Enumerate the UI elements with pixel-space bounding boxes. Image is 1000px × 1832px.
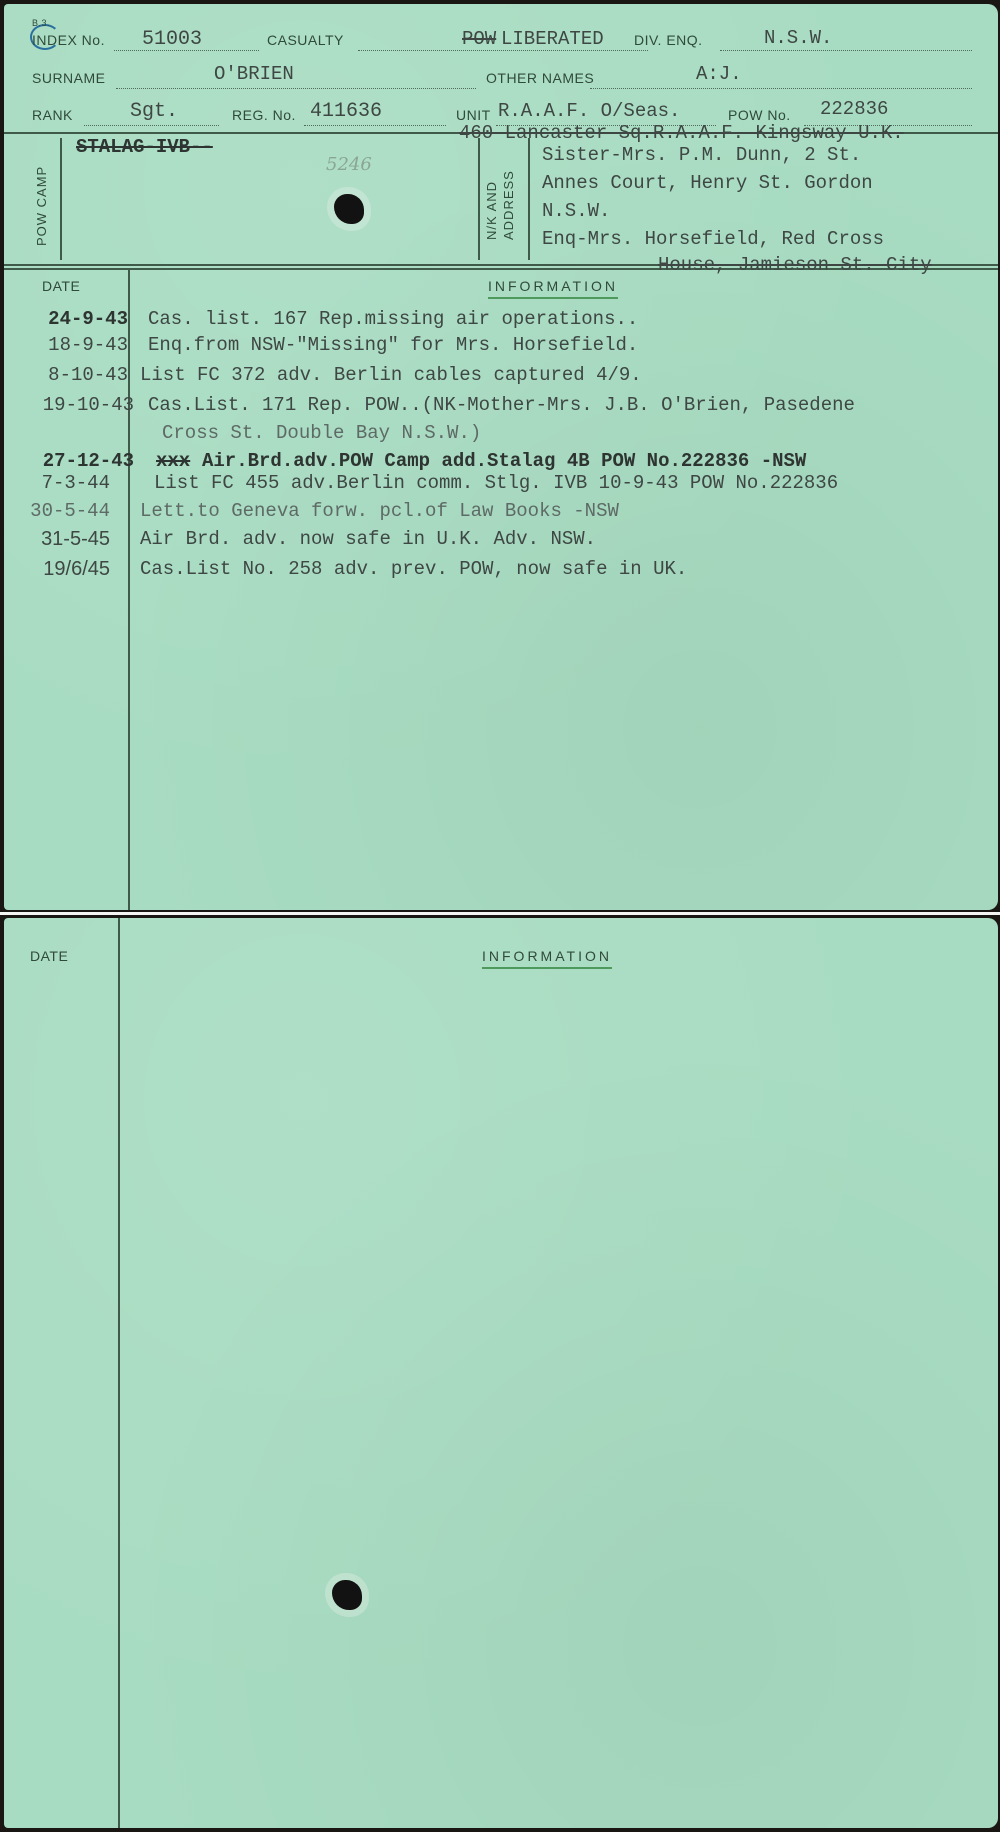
entry-info: List FC 455 adv.Berlin comm. Stlg. IVB 1… bbox=[154, 472, 838, 494]
pow-camp-value: STALAG-IVB-- bbox=[76, 136, 213, 158]
address-line: Sister-Mrs. P.M. Dunn, 2 St. bbox=[542, 144, 861, 166]
index-value: 51003 bbox=[142, 28, 202, 51]
reg-no-value: 411636 bbox=[310, 100, 382, 123]
pow-no-value: 222836 bbox=[820, 98, 888, 120]
div-enq-label: DIV. ENQ. bbox=[634, 32, 703, 48]
entry-info: Air Brd. adv. now safe in U.K. Adv. NSW. bbox=[140, 528, 596, 550]
card-separator bbox=[0, 912, 1000, 915]
address-struck-last: House, Jamieson St. City bbox=[658, 254, 932, 276]
address-line: Annes Court, Henry St. Gordon bbox=[542, 172, 873, 194]
rank-label: RANK bbox=[32, 107, 73, 123]
pencil-note: 5246 bbox=[326, 154, 372, 175]
other-names-value: A:J. bbox=[696, 63, 742, 85]
entry-date: 7-3-44 bbox=[42, 472, 110, 494]
entry-date: 18-9-43 bbox=[48, 334, 128, 356]
pow-no-label: POW No. bbox=[728, 107, 791, 123]
address-line: Enq-Mrs. Horsefield, Red Cross bbox=[542, 228, 884, 250]
other-names-label: OTHER NAMES bbox=[486, 70, 594, 86]
unit-label: UNIT bbox=[456, 107, 491, 123]
nk-label-line2: ADDRESS bbox=[501, 170, 516, 240]
entry-date: 24-9-43 bbox=[48, 308, 128, 330]
entry-struck-prefix: xxx bbox=[156, 450, 190, 472]
entry-info: Cas.List. 171 Rep. POW..(NK-Mother-Mrs. … bbox=[148, 394, 855, 416]
entry-info: Lett.to Geneva forw. pcl.of Law Books -N… bbox=[140, 500, 619, 522]
date-header: DATE bbox=[42, 278, 80, 294]
record-card-front: B.3. INDEX No. 51003 CASUALTY POW LIBERA… bbox=[4, 4, 998, 910]
rank-value: Sgt. bbox=[130, 100, 178, 123]
index-label: INDEX No. bbox=[32, 32, 105, 48]
reg-no-label: REG. No. bbox=[232, 107, 296, 123]
surname-label: SURNAME bbox=[32, 70, 106, 86]
div-enq-value: N.S.W. bbox=[764, 27, 832, 49]
entry-info: Cas. list. 167 Rep.missing air operation… bbox=[148, 308, 638, 330]
punch-hole bbox=[334, 194, 364, 224]
casualty-value: LIBERATED bbox=[501, 28, 604, 50]
address-line: N.S.W. bbox=[542, 200, 610, 222]
address-struck-line: 460 Lancaster Sq.R.A.A.F. Kingsway U.K. bbox=[459, 122, 904, 144]
form-code: B.3. bbox=[32, 18, 50, 28]
record-card-back: DATE INFORMATION bbox=[4, 918, 998, 1828]
entry-date: 19/6/45 bbox=[43, 558, 110, 581]
casualty-label: CASUALTY bbox=[267, 32, 344, 48]
unit-value: R.A.A.F. O/Seas. bbox=[498, 100, 680, 122]
date-header: DATE bbox=[30, 948, 68, 964]
entry-info: Enq.from NSW-"Missing" for Mrs. Horsefie… bbox=[148, 334, 638, 356]
surname-value: O'BRIEN bbox=[214, 63, 294, 85]
pow-camp-label: POW CAMP bbox=[34, 166, 49, 246]
information-header: INFORMATION bbox=[482, 948, 612, 969]
entry-date: 30-5-44 bbox=[30, 500, 110, 522]
entry-info-continued: Cross St. Double Bay N.S.W.) bbox=[162, 422, 481, 444]
punch-hole bbox=[332, 1580, 362, 1610]
entry-date: 19-10-43 bbox=[43, 394, 134, 416]
casualty-struck-value: POW bbox=[462, 28, 496, 50]
entry-info: Cas.List No. 258 adv. prev. POW, now saf… bbox=[140, 558, 687, 580]
nk-label-line1: N/K AND bbox=[484, 181, 499, 240]
information-header: INFORMATION bbox=[488, 278, 618, 299]
entry-info: Air.Brd.adv.POW Camp add.Stalag 4B POW N… bbox=[202, 450, 806, 472]
entry-date: 31-5-45 bbox=[41, 528, 110, 551]
entry-date: 27-12-43 bbox=[43, 450, 134, 472]
entry-info: List FC 372 adv. Berlin cables captured … bbox=[140, 364, 642, 386]
entry-date: 8-10-43 bbox=[48, 364, 128, 386]
